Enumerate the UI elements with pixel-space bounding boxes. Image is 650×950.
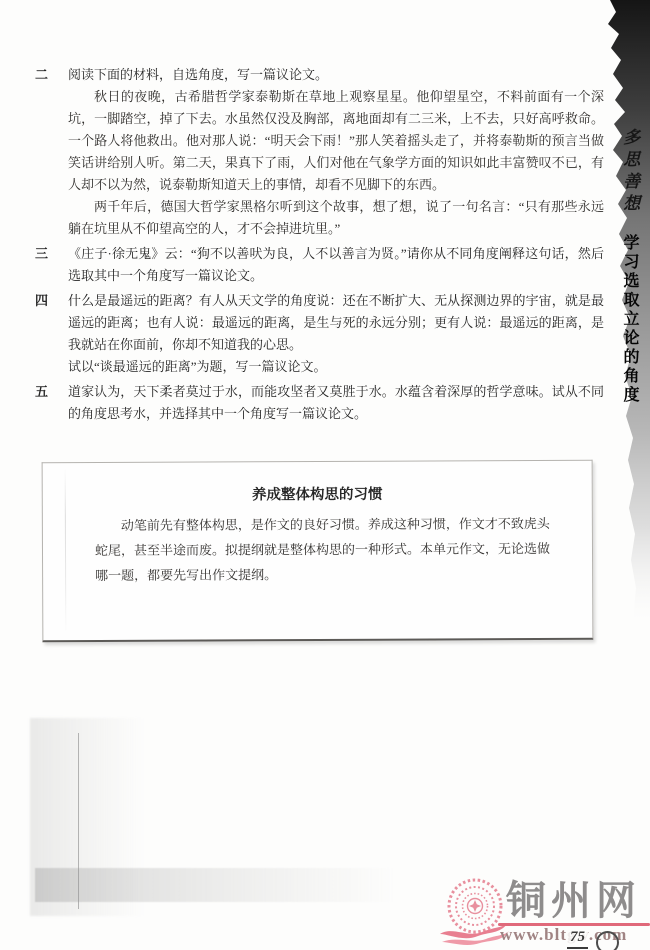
unit-title: 学习选取立论的角度 <box>618 234 641 405</box>
exercise-prompt: 什么是最遥远的距离？有人从天文学的角度说：还在不断扩大、无从探测边界的宇宙，就是… <box>68 290 604 356</box>
exercise-story-paragraph: 秋日的夜晚，古希腊哲学家泰勒斯在草地上观察星星。他仰望星空，不料前面有一个深坑，… <box>68 86 604 196</box>
exercise-prompt: 《庄子·徐无鬼》云：“狗不以善吠为良，人不以善言为贤。”请你从不同角度阐释这句话… <box>68 243 604 287</box>
scan-smudge <box>35 868 435 902</box>
exercise-item-3: 三 《庄子·徐无鬼》云：“狗不以善吠为良，人不以善言为贤。”请你从不同角度阐释这… <box>35 243 610 287</box>
exercise-number: 五 <box>35 381 68 425</box>
exercise-prompt: 道家认为，天下柔者莫过于水，而能攻坚者又莫胜于水。水蕴含着深厚的哲学意味。试从不… <box>68 381 604 425</box>
page-number: 75 <box>567 929 588 949</box>
circle-mark-icon <box>596 931 619 950</box>
unit-motto: 多思善想 <box>617 128 642 216</box>
exercise-number: 三 <box>35 243 68 287</box>
exercise-story-paragraph: 两千年后，德国大哲学家黑格尔听到这个故事，想了想，说了一句名言：“只有那些永远躺… <box>68 196 604 240</box>
exercise-list: 二 阅读下面的材料，自选角度，写一篇议论文。 秋日的夜晚，古希腊哲学家泰勒斯在草… <box>35 64 610 428</box>
tip-box-title: 养成整体构思的习惯 <box>43 482 592 505</box>
exercise-task: 试以“谈最遥远的距离”为题，写一篇议论文。 <box>68 356 604 378</box>
watermark-site-name: 铜州网 <box>506 878 650 924</box>
book-page: 二 阅读下面的材料，自选角度，写一篇议论文。 秋日的夜晚，古希腊哲学家泰勒斯在草… <box>0 0 650 950</box>
exercise-item-4: 四 什么是最遥远的距离？有人从天文学的角度说：还在不断扩大、无从探测边界的宇宙，… <box>35 290 610 378</box>
exercise-number: 四 <box>35 290 68 378</box>
tip-box: 养成整体构思的习惯 动笔前先有整体构思，是作文的良好习惯。养成这种习惯，作文才不… <box>42 460 594 642</box>
exercise-item-5: 五 道家认为，天下柔者莫过于水，而能攻坚者又莫胜于水。水蕴含着深厚的哲学意味。试… <box>35 381 610 425</box>
exercise-prompt: 阅读下面的材料，自选角度，写一篇议论文。 <box>68 64 604 86</box>
exercise-number: 二 <box>35 64 68 240</box>
tip-box-body: 动笔前先有整体构思，是作文的良好习惯。养成这种习惯，作文才不致虎头蛇尾，甚至半途… <box>43 511 592 588</box>
exercise-item-2: 二 阅读下面的材料，自选角度，写一篇议论文。 秋日的夜晚，古希腊哲学家泰勒斯在草… <box>35 64 610 240</box>
unit-sidebar: 多思善想 学习选取立论的角度 <box>604 0 650 620</box>
